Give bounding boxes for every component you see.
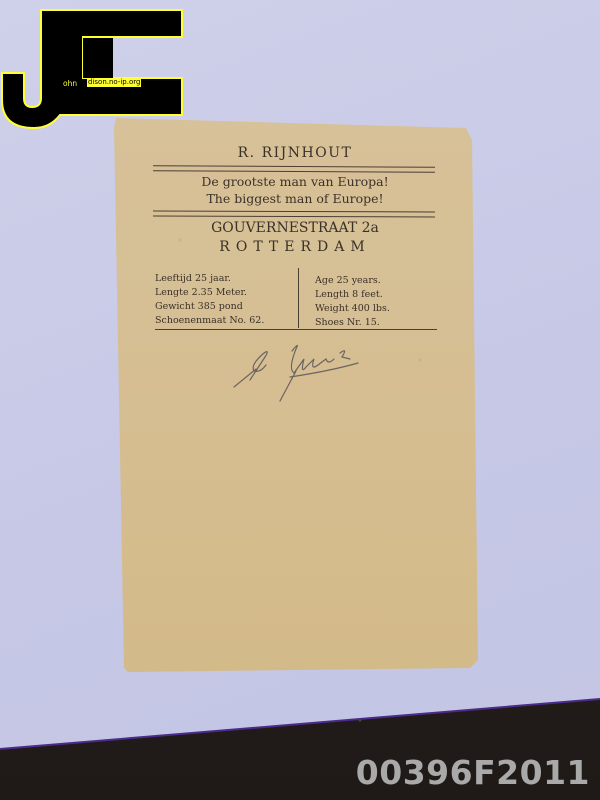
address-city: ROTTERDAM [150,238,440,257]
stat-weight-nl: Gewicht 385 pond [155,300,264,314]
signature-icon [230,335,370,405]
slogan-dutch: De grootste man van Europa! [150,173,440,190]
stat-weight-en: Weight 400 lbs. [315,302,390,316]
stats-dutch: Leeftijd 25 jaar. Lengte 2.35 Meter. Gew… [155,272,264,328]
stat-shoes-en: Shoes Nr. 15. [315,316,390,330]
stat-age-nl: Leeftijd 25 jaar. [155,272,264,286]
logo-text-john: ohn [63,79,77,88]
stats-bottom-rule [155,329,437,330]
logo-site-link: dison.no-ip.org [87,78,141,87]
double-rule-bottom [153,211,435,218]
stat-age-en: Age 25 years. [315,274,390,288]
card-slogan: De grootste man van Europa! The biggest … [150,173,440,207]
slogan-english: The biggest man of Europe! [150,190,440,207]
je-logo-icon [0,0,190,135]
stat-shoes-nl: Schoenenmaat No. 62. [155,314,264,328]
card-address: GOUVERNESTRAAT 2a ROTTERDAM [150,219,440,257]
stat-length-nl: Lengte 2.35 Meter. [155,286,264,300]
stats-english: Age 25 years. Length 8 feet. Weight 400 … [315,274,390,330]
stat-length-en: Length 8 feet. [315,288,390,302]
image-id-stamp: 00396F2011 [356,753,590,792]
address-street: GOUVERNESTRAAT 2a [150,219,440,238]
watermark-logo: ohn dison.no-ip.org [0,0,190,135]
card-name: R. RIJNHOUT [150,145,440,161]
stats-divider [298,268,299,328]
